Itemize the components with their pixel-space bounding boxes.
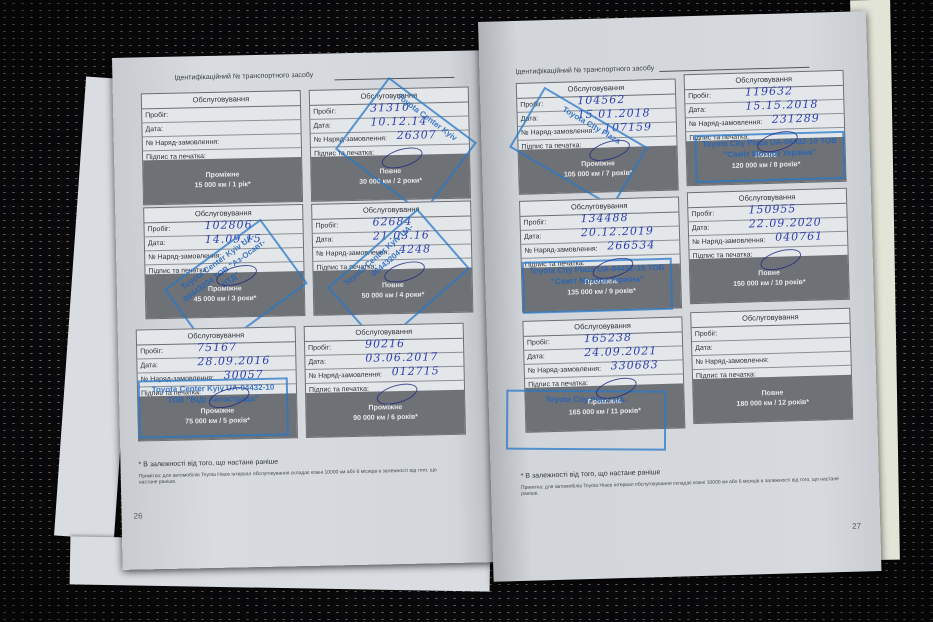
mileage-value: 150955 <box>748 202 796 216</box>
mileage-label: Пробіг: <box>308 341 331 354</box>
left-page: Ідентифікаційний № транспортного засобу … <box>112 50 495 570</box>
service-record-card: ОбслуговуванняПробіг:Дата:№ Наряд-замовл… <box>141 90 303 205</box>
service-note: Примітка: для автомобілів Toyota Hiace і… <box>521 476 851 497</box>
service-record-card: ОбслуговуванняПробіг:102806Дата:14.09.15… <box>143 204 305 319</box>
date-label: Дата: <box>140 359 158 372</box>
order-value: 266534 <box>607 238 655 252</box>
right-page: Ідентифікаційний № транспортного засобу … <box>478 11 881 582</box>
order-label: № Наряд-замовлення: <box>689 116 763 131</box>
mileage-label: Пробіг: <box>147 223 170 236</box>
vin-line <box>334 77 454 81</box>
dealer-stamp: Toyota City Plaza UA- <box>506 390 666 451</box>
date-label: Дата: <box>692 222 710 235</box>
service-record-card: ОбслуговуванняПробіг:90216Дата:03.06.201… <box>304 323 466 438</box>
date-value: 28.09.2016 <box>197 354 270 369</box>
date-label: Дата: <box>148 237 166 250</box>
mileage-label: Пробіг: <box>313 105 336 118</box>
date-value: 03.06.2017 <box>365 350 438 365</box>
mileage-value: 165238 <box>584 331 632 345</box>
mileage-label: Пробіг: <box>527 336 550 350</box>
service-interval: 90 000 км / 6 років* <box>307 412 465 425</box>
order-value: 040761 <box>775 229 823 243</box>
footnote: * В залежності від того, що настане рані… <box>138 459 278 469</box>
date-label: Дата: <box>145 123 163 136</box>
service-record-card: ОбслуговуванняПробіг:134488Дата:20.12.20… <box>519 196 682 312</box>
order-value: 012715 <box>391 364 439 378</box>
order-label: № Наряд-замовлення: <box>524 243 598 258</box>
date-value: 20.12.2019 <box>581 224 654 239</box>
service-record-card: ОбслуговуванняПробіг:165238Дата:24.09.20… <box>522 316 685 432</box>
order-label: № Наряд-замовлення: <box>528 363 602 378</box>
page-number: 27 <box>852 522 861 531</box>
vin-label: Ідентифікаційний № транспортного засобу <box>174 72 313 82</box>
order-value: 330683 <box>610 358 658 372</box>
service-record-card: ОбслуговуванняПробіг:150955Дата:22.09.20… <box>687 188 850 304</box>
mileage-value: 75167 <box>197 340 237 354</box>
mileage-label: Пробіг: <box>523 216 546 230</box>
footnote: * В залежності від того, що настане рані… <box>521 469 661 480</box>
service-record-card: ОбслуговуванняПробіг:119632Дата:15.15.20… <box>684 70 847 186</box>
service-interval-block: Проміжне15 000 км / 1 рік* <box>143 157 302 204</box>
service-record-card: ОбслуговуванняПробіг:Дата:№ Наряд-замовл… <box>690 308 853 424</box>
service-record-card: ОбслуговуванняПробіг:75167Дата:28.09.201… <box>136 326 298 441</box>
order-label: № Наряд-замовлення: <box>146 136 219 151</box>
mileage-value: 134488 <box>580 211 628 225</box>
date-label: Дата: <box>524 230 542 243</box>
service-interval: 15 000 км / 1 рік* <box>144 179 302 192</box>
vin-label: Ідентифікаційний № транспортного засобу <box>515 65 654 76</box>
page-number: 26 <box>134 511 143 520</box>
order-value: 231289 <box>772 111 820 125</box>
order-label: № Наряд-замовлення: <box>692 234 766 249</box>
date-value: 24.09.2021 <box>584 344 657 359</box>
order-label: № Наряд-замовлення: <box>695 354 769 369</box>
mileage-label: Пробіг: <box>688 90 711 104</box>
service-record-card: ОбслуговуванняПробіг:104562Дата:15.01.20… <box>516 79 679 195</box>
service-record-card: ОбслуговуванняПробіг:62684Дата:21.03.16№… <box>311 201 473 316</box>
order-label: № Наряд-замовлення: <box>309 368 382 383</box>
mileage-label: Пробіг: <box>315 219 338 232</box>
mileage-label: Пробіг: <box>691 207 714 221</box>
service-record-card: ОбслуговуванняПробіг:31310Дата:10.12.14№… <box>309 87 471 202</box>
mileage-label: Пробіг: <box>695 327 718 341</box>
mileage-value: 104562 <box>577 93 625 107</box>
date-value: 15.15.2018 <box>745 98 818 113</box>
service-note: Примітка: для автомобілів Toyota Hiace і… <box>139 467 439 485</box>
date-label: Дата: <box>527 350 545 363</box>
mileage-value: 119632 <box>745 84 793 98</box>
date-label: Дата: <box>308 356 326 369</box>
date-value: 22.09.2020 <box>749 215 822 230</box>
mileage-label: Пробіг: <box>145 109 168 122</box>
date-label: Дата: <box>313 119 331 132</box>
service-interval-block: Повне180 000 км / 12 років* <box>693 375 852 423</box>
mileage-value: 90216 <box>365 337 405 351</box>
date-label: Дата: <box>688 104 706 117</box>
date-label: Дата: <box>316 233 334 246</box>
mileage-label: Пробіг: <box>140 345 163 358</box>
dealer-stamp: Toyota Center Kyiv UA-04432-10 ТОВ "ВіДі… <box>138 377 289 438</box>
date-label: Дата: <box>695 342 713 355</box>
